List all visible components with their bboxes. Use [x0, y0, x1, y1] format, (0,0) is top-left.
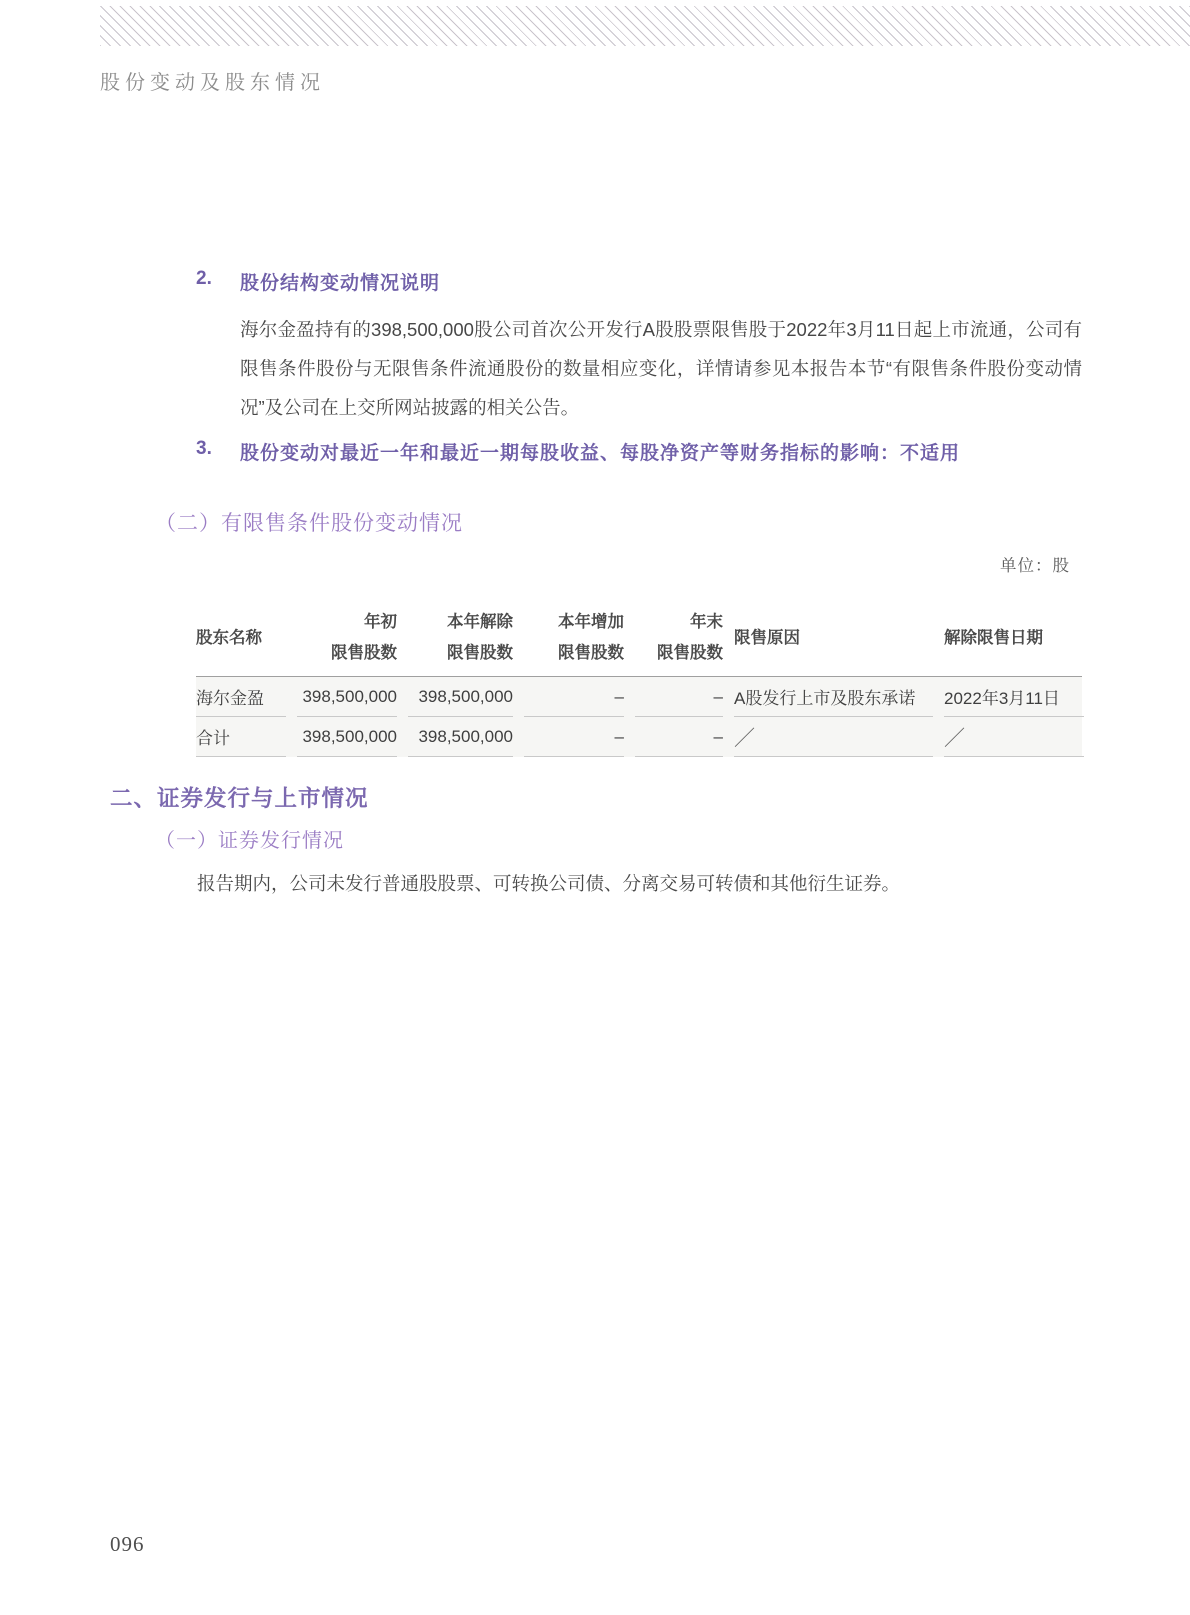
col-header-year-end: 年末 限售股数: [635, 607, 723, 668]
page-number: 096: [110, 1532, 145, 1557]
unit-label: 单位：股: [1000, 552, 1070, 576]
table-row-haier-jinying: 海尔金盈 398,500,000 398,500,000 – – A股发行上市及…: [196, 677, 1082, 717]
item-3-number: 3.: [196, 438, 240, 465]
cell-reason: A股发行上市及股东承诺: [734, 677, 933, 717]
item-3-heading: 3. 股份变动对最近一年和最近一期每股收益、每股净资产等财务指标的影响：不适用: [196, 438, 960, 465]
item-2-number: 2.: [196, 268, 240, 295]
hatch-pattern-band: [100, 6, 1190, 46]
col-header-released-this-year: 本年解除 限售股数: [408, 607, 513, 668]
cell-reason-na: ／: [734, 717, 933, 757]
table-header-row: 股东名称 年初 限售股数 本年解除 限售股数 本年增加 限售股数 年末 限售股数…: [196, 600, 1082, 676]
cell-added: –: [524, 677, 624, 717]
col-header-shareholder-name: 股东名称: [196, 623, 286, 654]
section-2-heading: 二、证券发行与上市情况: [110, 781, 369, 813]
cell-released: 398,500,000: [408, 717, 513, 757]
col-header-restriction-reason: 限售原因: [734, 623, 933, 654]
subsection-2-heading: （二）有限售条件股份变动情况: [155, 507, 463, 537]
col-header-release-date: 解除限售日期: [944, 623, 1084, 654]
cell-added: –: [524, 717, 624, 757]
report-page: 股份变动及股东情况 2. 股份结构变动情况说明 海尔金盈持有的398,500,0…: [0, 0, 1190, 1615]
item-2-title: 股份结构变动情况说明: [240, 268, 440, 295]
item-2-body-paragraph: 海尔金盈持有的398,500,000股公司首次公开发行A股股票限售股于2022年…: [240, 310, 1082, 427]
table-row-total: 合计 398,500,000 398,500,000 – – ／ ／: [196, 717, 1082, 757]
table-body: 海尔金盈 398,500,000 398,500,000 – – A股发行上市及…: [196, 676, 1082, 757]
item-2-heading: 2. 股份结构变动情况说明: [196, 268, 440, 295]
cell-year-start: 398,500,000: [297, 717, 397, 757]
col-header-added-this-year: 本年增加 限售股数: [524, 607, 624, 668]
restricted-shares-table: 股东名称 年初 限售股数 本年解除 限售股数 本年增加 限售股数 年末 限售股数…: [196, 600, 1082, 757]
cell-year-end: –: [635, 717, 723, 757]
col-header-year-start: 年初 限售股数: [297, 607, 397, 668]
cell-total-label: 合计: [196, 717, 286, 757]
cell-released: 398,500,000: [408, 677, 513, 717]
cell-release-date-na: ／: [944, 717, 1084, 757]
cell-year-start: 398,500,000: [297, 677, 397, 717]
chapter-header: 股份变动及股东情况: [100, 66, 325, 95]
subsection-1-body-paragraph: 报告期内，公司未发行普通股股票、可转换公司债、分离交易可转债和其他衍生证券。: [197, 870, 1082, 896]
cell-shareholder-name: 海尔金盈: [196, 677, 286, 717]
cell-year-end: –: [635, 677, 723, 717]
cell-release-date: 2022年3月11日: [944, 677, 1084, 717]
subsection-1-heading: （一）证券发行情况: [155, 824, 344, 853]
item-3-title: 股份变动对最近一年和最近一期每股收益、每股净资产等财务指标的影响：不适用: [240, 438, 960, 465]
